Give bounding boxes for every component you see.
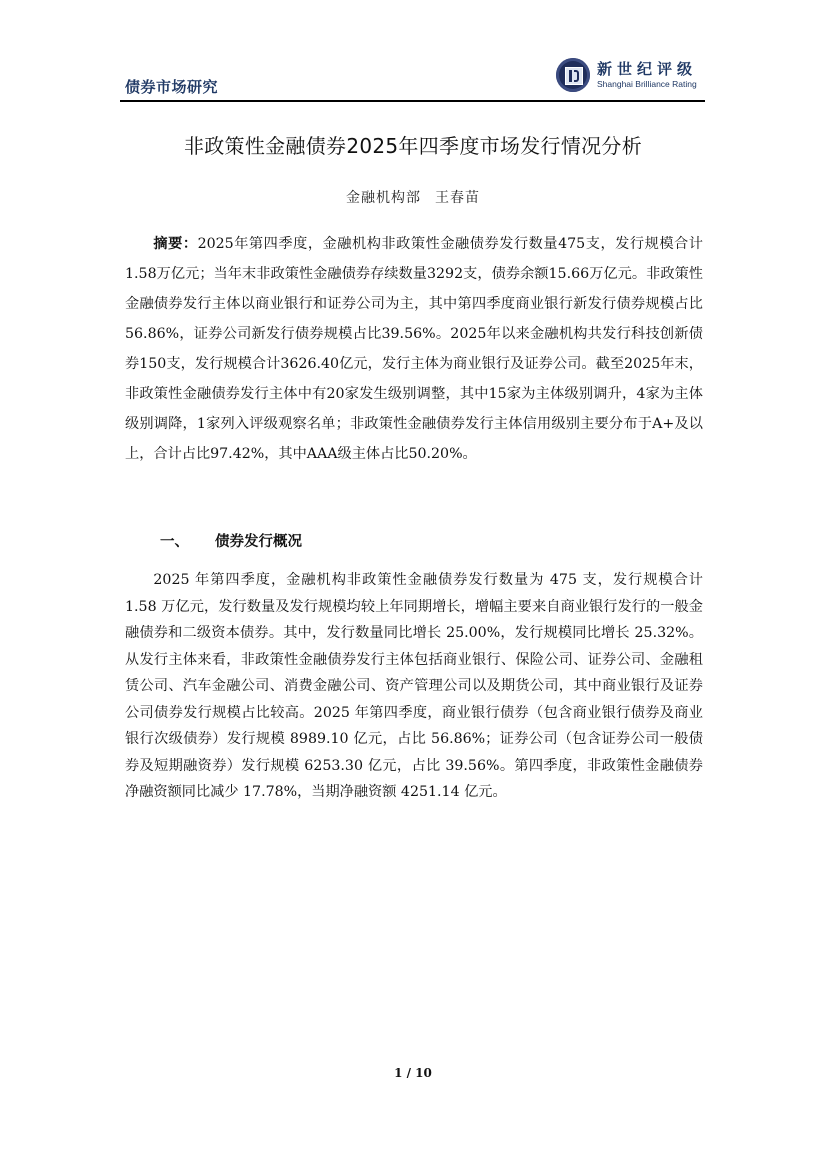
document-title: 非政策性金融债券2025年四季度市场发行情况分析 [0,130,826,159]
sbr-badge-icon [556,58,590,92]
page-indicator: 1 / 10 [0,1066,826,1080]
author-name: 王春苗 [435,190,480,206]
author-line: 金融机构部王春苗 [0,187,826,207]
section-paragraph: 2025 年第四季度，金融机构非政策性金融债券发行数量为 475 支，发行规模合… [125,567,703,806]
abstract: 摘要：2025年第四季度，金融机构非政策性金融债券发行数量475支，发行规模合计… [125,229,703,469]
abstract-text: 2025年第四季度，金融机构非政策性金融债券发行数量475支，发行规模合计1.5… [125,236,703,462]
department: 金融机构部 [346,190,421,206]
abstract-label: 摘要： [153,236,197,252]
section-number: 一、 [160,530,215,551]
header-section-title: 债券市场研究 [125,76,218,97]
header-divider [120,100,705,102]
company-logo: 新世纪评级 Shanghai Brilliance Rating [556,58,697,92]
logo-name-cn: 新世纪评级 [597,60,697,78]
section-title: 债券发行概况 [215,534,302,550]
logo-name-en: Shanghai Brilliance Rating [597,78,697,90]
section-heading: 一、债券发行概况 [160,530,302,551]
